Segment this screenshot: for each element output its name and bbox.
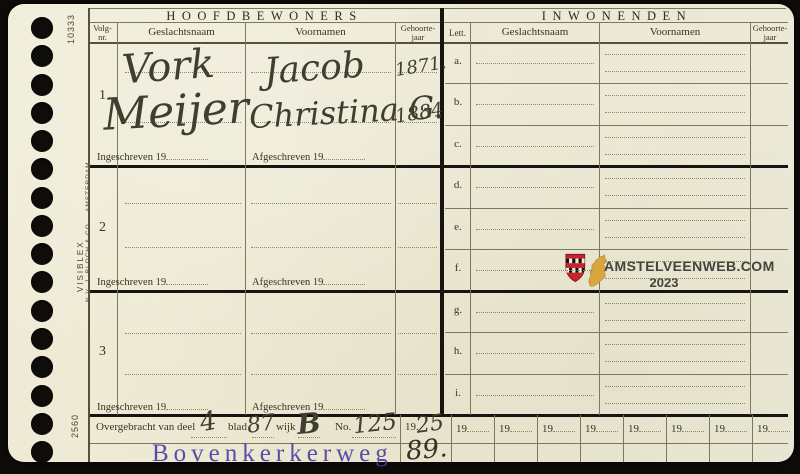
writing-line <box>605 54 745 55</box>
grid-line <box>117 22 118 415</box>
lodger-letter-label: d. <box>449 179 467 191</box>
year-column-cell: 19 <box>585 421 618 435</box>
column-header-surname-right: Geslachtsnaam <box>471 26 599 38</box>
binder-hole <box>31 17 53 39</box>
year-column-cell: 19 <box>542 421 575 435</box>
writing-line <box>476 187 594 188</box>
grid-line <box>88 8 786 9</box>
printer-brand: VISIBLEX <box>76 240 85 292</box>
writing-line <box>251 247 391 248</box>
lodger-letter-label: i. <box>449 387 467 399</box>
blank-line <box>191 437 227 438</box>
year-column-cell: 19 <box>628 421 661 435</box>
column-header-birthyear-right: Geboorte- jaar <box>751 24 789 42</box>
lodger-letter-label: f. <box>449 262 467 274</box>
grid-line <box>245 22 246 415</box>
group-number: 2 <box>89 220 116 236</box>
grid-line <box>445 125 788 126</box>
lodger-letter-label: b. <box>449 96 467 108</box>
grid-line <box>470 22 471 415</box>
writing-line <box>605 178 745 179</box>
column-header-birthyear-left: Geboorte- jaar <box>396 24 440 42</box>
scanned-register-card-photo: 10333 VISIBLEX N.V. J. BLOCH & CO. - AMS… <box>0 0 800 474</box>
writing-line <box>398 247 437 248</box>
writing-line <box>605 278 745 279</box>
writing-line <box>125 203 241 204</box>
writing-line <box>605 154 745 155</box>
writing-line <box>605 361 745 362</box>
binder-hole <box>31 441 53 463</box>
binder-hole <box>31 130 53 152</box>
year-column-cell: 19 <box>671 421 704 435</box>
ingeschreven-label: Ingeschreven 19 <box>97 274 208 288</box>
afgeschreven-label: Afgeschreven 19 <box>252 274 365 288</box>
column-header-lett: Lett. <box>445 28 470 38</box>
binder-hole <box>31 74 53 96</box>
group-divider <box>88 290 788 293</box>
writing-line <box>605 303 745 304</box>
writing-line <box>605 137 745 138</box>
writing-line <box>251 333 391 334</box>
grid-line <box>445 208 788 209</box>
binder-hole <box>31 385 53 407</box>
writing-line <box>605 71 745 72</box>
grid-line <box>445 83 788 84</box>
lodger-letter-label: a. <box>449 55 467 67</box>
grid-line <box>623 415 624 462</box>
writing-line <box>251 374 391 375</box>
writing-line <box>605 344 745 345</box>
writing-line <box>476 353 594 354</box>
grid-line <box>580 415 581 462</box>
lodger-letter-label: e. <box>449 221 467 233</box>
grid-line <box>537 415 538 462</box>
writing-line <box>605 220 745 221</box>
grid-line <box>445 332 788 333</box>
handwritten-surname: Meijer <box>102 82 250 141</box>
binder-hole <box>31 215 53 237</box>
writing-line <box>476 146 594 147</box>
writing-line <box>605 112 745 113</box>
writing-line <box>398 203 437 204</box>
wijk-label: wijk <box>276 421 296 433</box>
ingeschreven-label: Ingeschreven 19 <box>97 149 208 163</box>
writing-line <box>605 261 745 262</box>
grid-line <box>400 415 401 462</box>
afgeschreven-label: Afgeschreven 19 <box>252 149 365 163</box>
grid-line <box>750 22 751 415</box>
writing-line <box>605 237 745 238</box>
grid-line <box>451 415 452 462</box>
binder-hole <box>31 413 53 435</box>
year-column-cell: 19 <box>757 421 790 435</box>
binder-hole <box>31 300 53 322</box>
writing-line <box>476 270 594 271</box>
ingeschreven-label: Ingeschreven 19 <box>97 399 208 413</box>
handwritten-no: 125 <box>352 409 398 439</box>
writing-line <box>125 333 241 334</box>
writing-line <box>398 374 437 375</box>
grid-line <box>395 22 396 415</box>
handwritten-firstnames: Jacob <box>263 45 366 93</box>
column-header-volgnr: Volg- nr. <box>89 24 116 42</box>
grid-line <box>445 374 788 375</box>
year-column-cell: 19 <box>499 421 532 435</box>
writing-line <box>605 320 745 321</box>
serial-number-top: 10333 <box>66 14 76 44</box>
handwritten-house-number: 89. <box>405 433 449 466</box>
handwritten-blad: 87 <box>245 410 276 439</box>
lodger-letter-label: h. <box>449 345 467 357</box>
group-divider <box>88 165 788 168</box>
binder-hole <box>31 102 53 124</box>
writing-line <box>476 229 594 230</box>
grid-line <box>709 415 710 462</box>
year-column-cell: 19 <box>714 421 747 435</box>
grid-line <box>666 415 667 462</box>
handwritten-wijk: B <box>296 406 322 441</box>
writing-line <box>476 104 594 105</box>
binder-hole <box>31 187 53 209</box>
grid-line <box>752 415 753 462</box>
column-header-firstnames-right: Voornamen <box>600 26 750 38</box>
grid-line <box>88 22 788 23</box>
binder-hole <box>31 328 53 350</box>
writing-line <box>476 63 594 64</box>
writing-line <box>251 203 391 204</box>
writing-line <box>605 95 745 96</box>
grid-line <box>494 415 495 462</box>
writing-line <box>476 312 594 313</box>
blad-label: blad <box>228 421 247 433</box>
writing-line <box>125 247 241 248</box>
lodger-letter-label: c. <box>449 138 467 150</box>
writing-line <box>605 386 745 387</box>
year-column-cell: 19 <box>456 421 489 435</box>
lodger-letter-label: g. <box>449 304 467 316</box>
serial-number-bottom: 2560 <box>70 414 80 438</box>
writing-line <box>605 195 745 196</box>
column-header-surname-left: Geslachtsnaam <box>118 26 245 38</box>
no-label: No. <box>335 421 351 433</box>
transfer-label: Overgebracht van deel <box>96 421 195 433</box>
group-number: 3 <box>89 344 116 360</box>
amstelveen-coat-of-arms <box>564 253 608 296</box>
writing-line <box>476 395 594 396</box>
writing-line <box>398 333 437 334</box>
column-header-firstnames-left: Voornamen <box>246 26 395 38</box>
writing-line <box>605 403 745 404</box>
writing-line <box>125 374 241 375</box>
grid-line <box>445 249 788 250</box>
street-stamp: Bovenkerkerweg <box>152 440 393 468</box>
grid-line <box>599 22 600 415</box>
